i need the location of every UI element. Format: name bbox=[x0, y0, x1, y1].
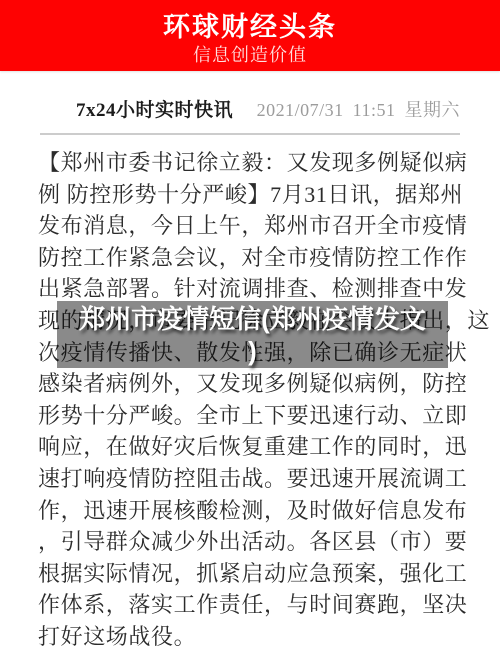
divider-line bbox=[40, 133, 460, 135]
timestamp: 2021/07/31 11:51 星期六 bbox=[257, 96, 460, 122]
article-line: 打好这场战役。 bbox=[38, 621, 500, 653]
article-line: 速打响疫情防控阻击战。要迅速开展流调工 bbox=[38, 463, 500, 495]
site-title: 环球财经头条 bbox=[0, 0, 500, 42]
article-line: 防控工作紧急会议，对全市疫情防控工作作 bbox=[38, 242, 500, 274]
article-line: 响应，在做好灾后恢复重建工作的同时，迅 bbox=[38, 431, 500, 463]
article-line: 形势十分严峻。全市上下要迅速行动、立即 bbox=[38, 400, 500, 432]
site-slogan: 信息创造价值 bbox=[0, 44, 500, 66]
info-bar: 7x24小时实时快讯 2021/07/31 11:51 星期六 bbox=[0, 95, 500, 122]
article-line: 发布消息，今日上午，郑州市召开全市疫情 bbox=[38, 210, 500, 242]
news-page: 环球财经头条 信息创造价值 7x24小时实时快讯 2021/07/31 11:5… bbox=[0, 0, 500, 671]
article-line: 根据实际情况，抓紧启动应急预案，强化工 bbox=[38, 558, 500, 590]
masthead: 环球财经头条 信息创造价值 bbox=[0, 0, 500, 71]
article-line: 例 防控形势十分严峻】7月31日讯，据郑州 bbox=[38, 179, 500, 211]
watermark-title-text-wrap: ) bbox=[248, 335, 257, 367]
article-line: 作体系，落实工作责任，与时间赛跑，坚决 bbox=[38, 589, 500, 621]
article-line: 【郑州市委书记徐立毅：又发现多例疑似病 bbox=[38, 147, 500, 179]
article-line: 作，迅速开展核酸检测，及时做好信息发布 bbox=[38, 495, 500, 527]
channel-label: 7x24小时实时快讯 bbox=[76, 95, 233, 122]
watermark-title-text: 郑州市疫情短信(郑州疫情发文 bbox=[79, 303, 426, 335]
watermark-title-overlay: 郑州市疫情短信(郑州疫情发文 ) bbox=[57, 301, 448, 368]
article-line: ，引导群众减少外出活动。各区县（市）要 bbox=[38, 526, 500, 558]
article-body: 【郑州市委书记徐立毅：又发现多例疑似病 例 防控形势十分严峻】7月31日讯，据郑… bbox=[0, 147, 500, 653]
article-line: 感染者病例外，又发现多例疑似病例，防控 bbox=[38, 368, 500, 400]
